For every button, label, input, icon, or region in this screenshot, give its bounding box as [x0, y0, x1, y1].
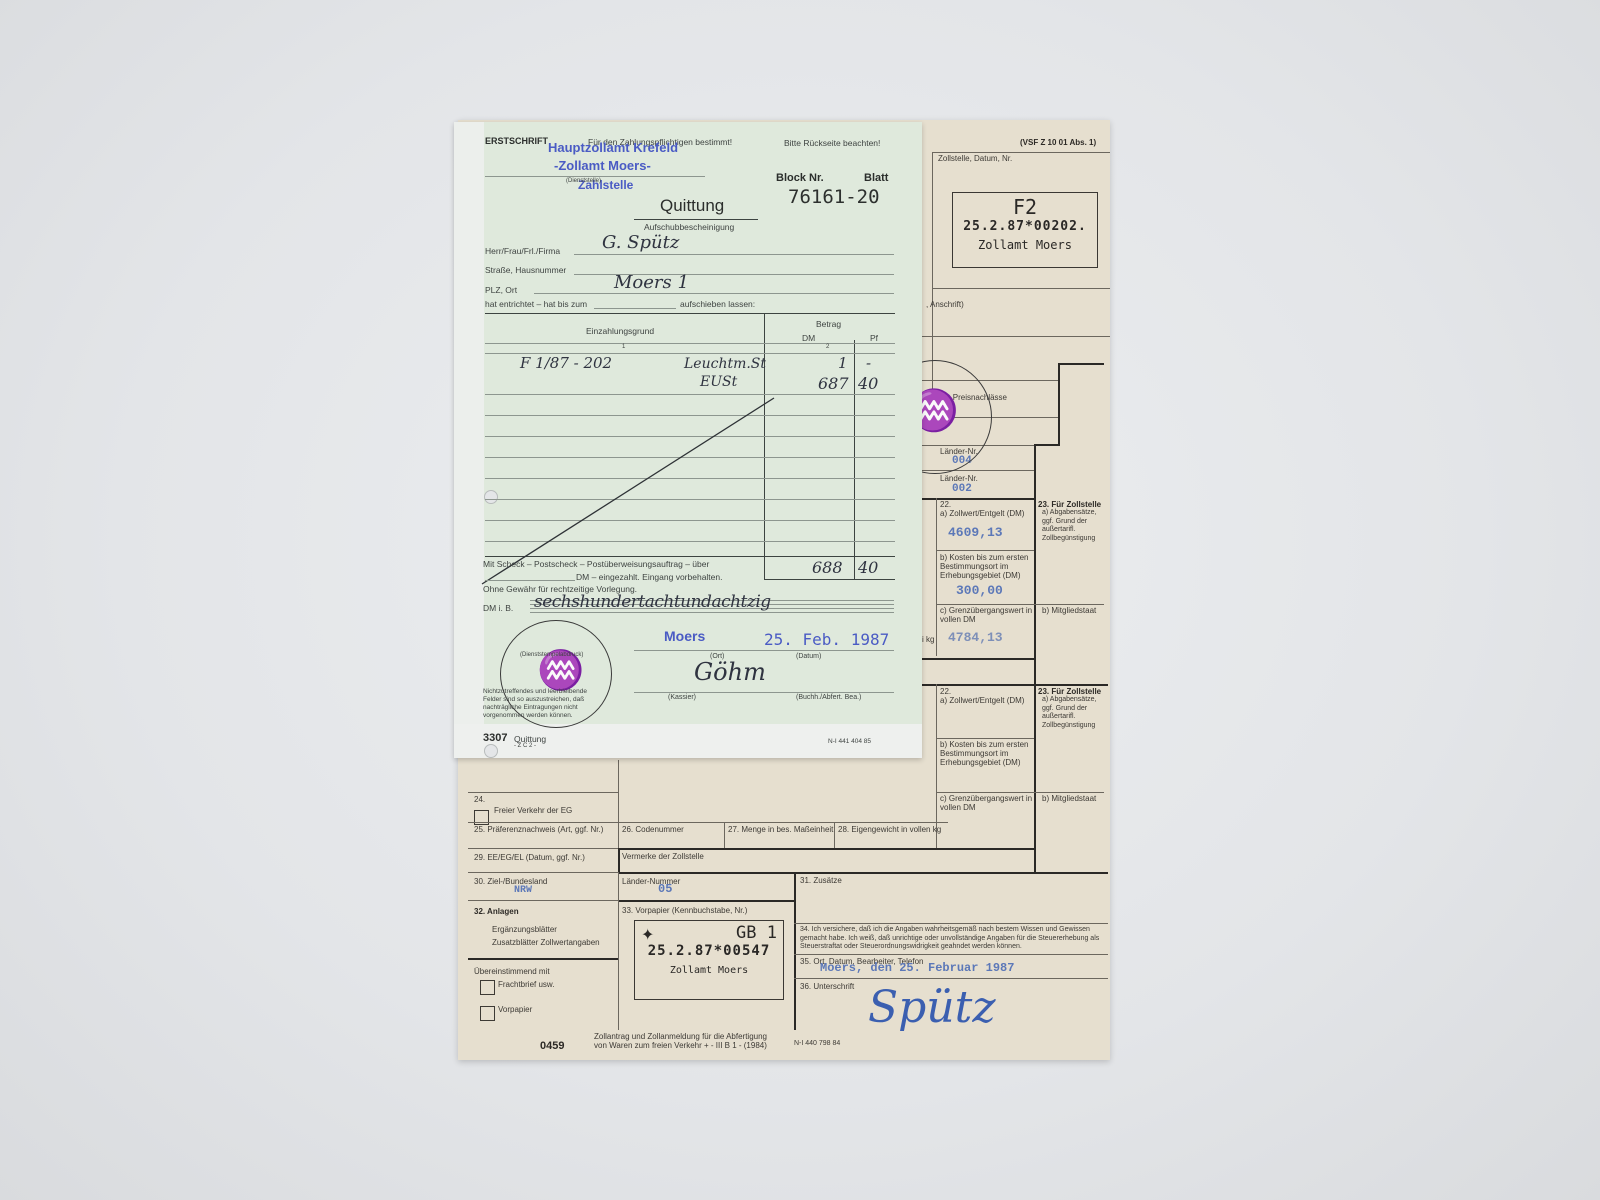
grenzuebergangswert-value: 4784,13 [948, 630, 1003, 645]
kosten-value: 300,00 [956, 583, 1003, 598]
receipt-quittung: ERSTSCHRIFT Für den Zahlungspflichtigen … [454, 122, 922, 758]
payer-name: G. Spütz [602, 232, 679, 253]
place-stamp: Moers [664, 628, 705, 644]
block-number: 76161-20 [788, 186, 880, 208]
anschrift-label: , Anschrift) [926, 300, 964, 309]
place-date-value: Moers, den 25. Februar 1987 [820, 961, 1014, 975]
customs-stamp-f2: F2 25.2.87*00202. Zollamt Moers [952, 192, 1098, 268]
eagle-icon: ✦ [641, 925, 654, 944]
laender-nr-value-2: 002 [952, 483, 972, 495]
receipt-print-reference: N-I 441 404 85 [828, 738, 871, 745]
applicant-signature: Spütz [868, 982, 996, 1033]
form-number: 0459 [540, 1040, 564, 1052]
receipt-title: Quittung [660, 196, 724, 216]
laender-nummer-value: 05 [658, 882, 672, 896]
punch-hole [484, 744, 498, 758]
bundesland-value: NRW [514, 885, 532, 896]
customs-stamp-gb1: ✦ GB 1 25.2.87*00547 Zollamt Moers [634, 920, 784, 1000]
payer-city: Moers 1 [614, 272, 689, 293]
zollstelle-label: Zollstelle, Datum, Nr. [938, 154, 1012, 163]
amount-in-words: sechshundertachtundachtzig [534, 592, 771, 612]
instruction-note: Nichtzutreffendes und leerbleibende Feld… [483, 688, 601, 720]
print-reference: N-I 440 798 84 [794, 1040, 840, 1047]
vorpapier-checkbox[interactable] [480, 1006, 495, 1021]
vermerke-label: Vermerke der Zollstelle [622, 852, 704, 861]
receipt-form-number: 3307 [483, 732, 507, 744]
vsf-reference: (VSF Z 10 01 Abs. 1) [1020, 138, 1096, 147]
frachtbrief-checkbox[interactable] [480, 980, 495, 995]
fuer-zollstelle-title: 23. Für Zollstelle [1038, 500, 1101, 509]
declaration-text: 34. Ich versichere, daß ich die Angaben … [800, 926, 1106, 952]
erstschrift-label: ERSTSCHRIFT [485, 136, 548, 146]
date-stamp: 25. Feb. 1987 [764, 630, 889, 649]
zollwert-value: 4609,13 [948, 525, 1003, 540]
cashier-signature: Göhm [694, 658, 766, 686]
